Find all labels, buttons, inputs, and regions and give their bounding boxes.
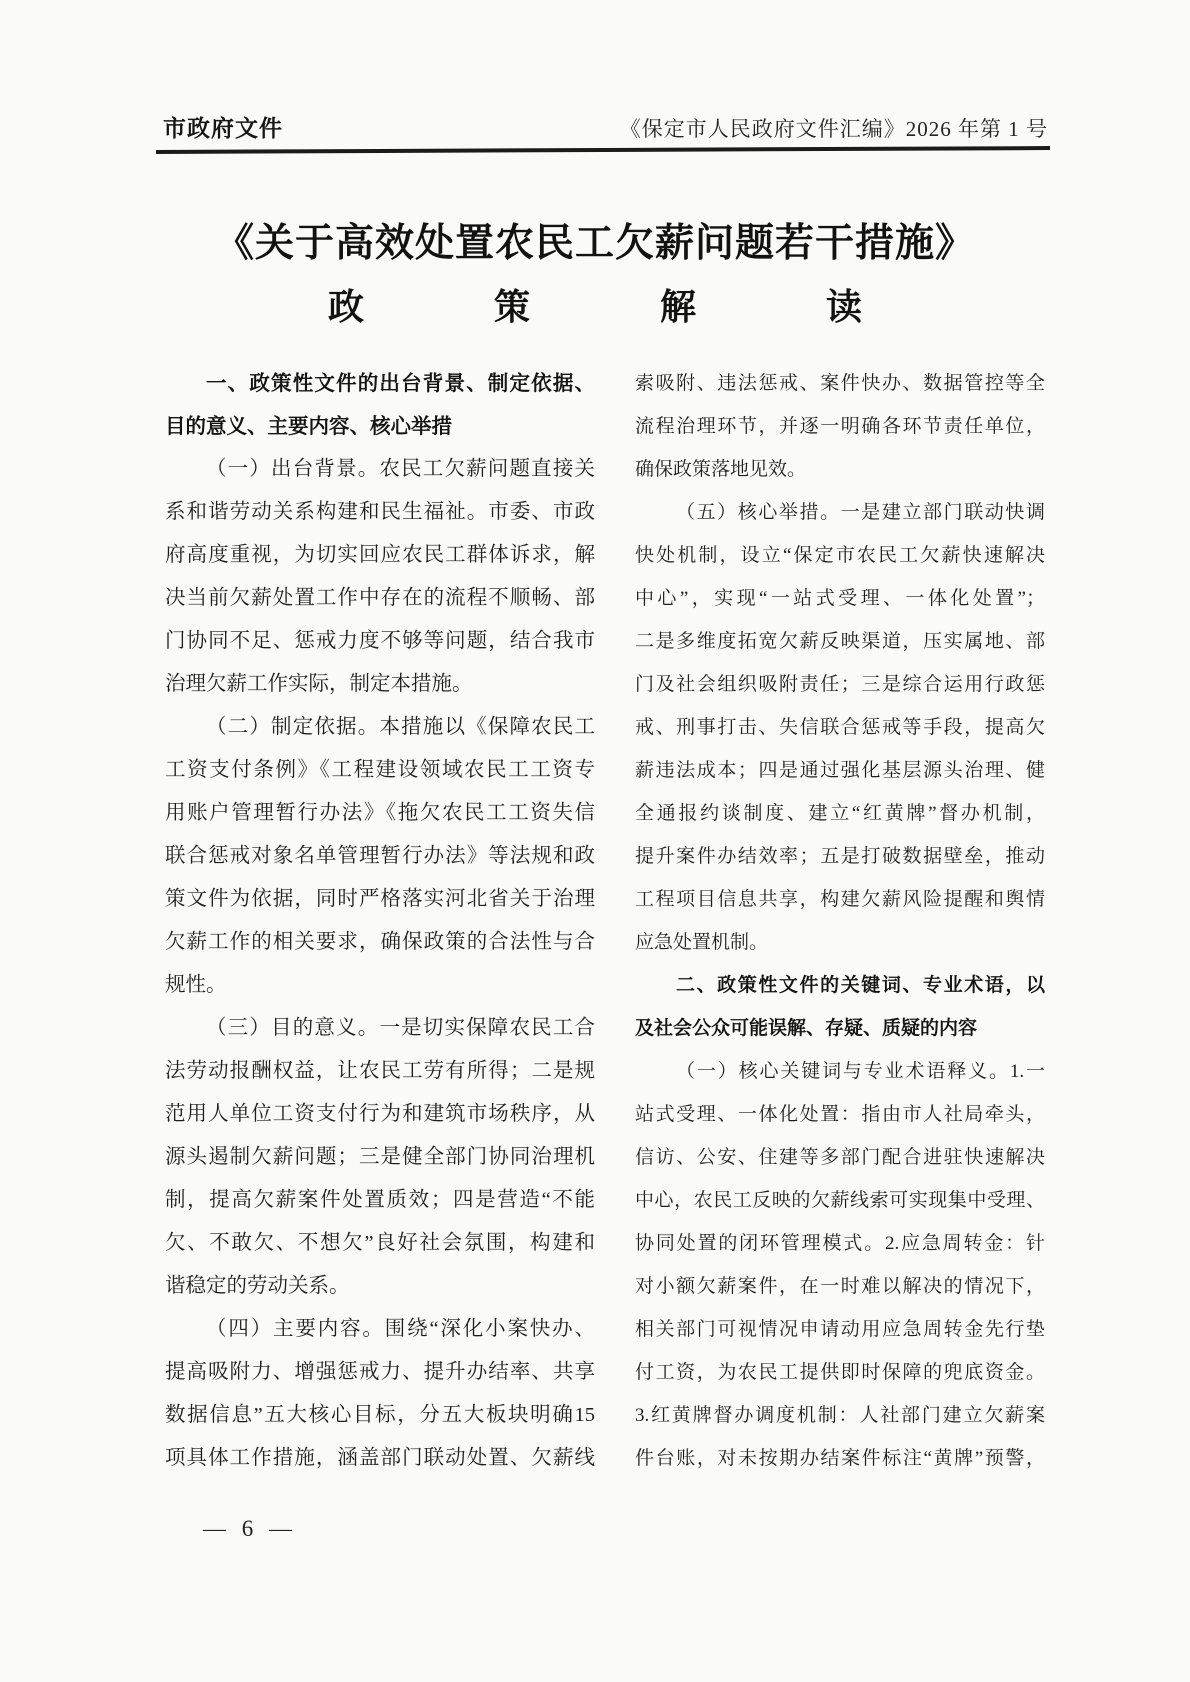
body-text-line: （一）出台背景。农民工欠薪问题直接关 (165, 448, 595, 491)
body-text-line: 件台账，对未按期办结案件标注“黄牌”预警， (635, 1437, 1045, 1480)
body-text-line: 范用人单位工资支付行为和建筑市场秩序，从 (165, 1093, 595, 1136)
document-page: 市政府文件 《保定市人民政府文件汇编》2026 年第 1 号 《关于高效处置农民… (0, 0, 1190, 1682)
column-left: 一、政策性文件的出台背景、制定依据、目的意义、主要内容、核心举措（一）出台背景。… (165, 362, 595, 1480)
body-text-line: 门协同不足、惩戒力度不够等问题，结合我市 (165, 620, 595, 663)
body-text-line: 法劳动报酬权益，让农民工劳有所得；二是规 (165, 1050, 595, 1093)
body-text-line: （五）核心举措。一是建立部门联动快调 (635, 491, 1045, 534)
body-text-line: 欠、不敢欠、不想欠”良好社会氛围，构建和 (165, 1222, 595, 1265)
body-text-line: 确保政策落地见效。 (635, 448, 1045, 491)
doc-title: 《关于高效处置农民工欠薪问题若干措施》 (0, 212, 1190, 268)
body-text-line: （四）主要内容。围绕“深化小案快办、 (165, 1308, 595, 1351)
body-text-line: 站式受理、一体化处置：指由市人社局牵头， (635, 1093, 1045, 1136)
body-text-line: 应急处置机制。 (635, 921, 1045, 964)
body-text-line: 治理欠薪工作实际，制定本措施。 (165, 663, 595, 706)
body-text-line: 制，提高欠薪案件处置质效；四是营造“不能 (165, 1179, 595, 1222)
section-heading-line: 目的意义、主要内容、核心举措 (165, 405, 595, 448)
body-text-line: 信访、公安、住建等多部门配合进驻快速解决 (635, 1136, 1045, 1179)
body-text-line: 薪违法成本；四是通过强化基层源头治理、健 (635, 749, 1045, 792)
body-text-line: 提高吸附力、增强惩戒力、提升办结率、共享 (165, 1351, 595, 1394)
body-columns: 一、政策性文件的出台背景、制定依据、目的意义、主要内容、核心举措（一）出台背景。… (165, 362, 1045, 1480)
body-text-line: 欠薪工作的相关要求，确保政策的合法性与合 (165, 921, 595, 964)
body-text-line: 决当前欠薪处置工作中存在的流程不顺畅、部 (165, 577, 595, 620)
body-text-line: 全通报约谈制度、建立“红黄牌”督办机制， (635, 792, 1045, 835)
body-text-line: 提升案件办结效率；五是打破数据壁垒，推动 (635, 835, 1045, 878)
body-text-line: 流程治理环节，并逐一明确各环节责任单位， (635, 405, 1045, 448)
body-text-line: 源头遏制欠薪问题；三是健全部门协同治理机 (165, 1136, 595, 1179)
body-text-line: 门及社会组织吸附责任；三是综合运用行政惩 (635, 663, 1045, 706)
header-doc-type-label: 市政府文件 (163, 110, 283, 143)
body-text-line: 中心，农民工反映的欠薪线索可实现集中受理、 (635, 1179, 1045, 1222)
body-text-line: 付工资，为农民工提供即时保障的兜底资金。 (635, 1351, 1045, 1394)
section-heading-line: 一、政策性文件的出台背景、制定依据、 (165, 362, 595, 405)
body-text-line: 谐稳定的劳动关系。 (165, 1265, 595, 1308)
body-text-line: （一）核心关键词与专业术语释义。1.一 (635, 1050, 1045, 1093)
body-text-line: 系和谐劳动关系构建和民生福祉。市委、市政 (165, 491, 595, 534)
body-text-line: 协同处置的闭环管理模式。2.应急周转金：针 (635, 1222, 1045, 1265)
body-text-line: 相关部门可视情况申请动用应急周转金先行垫 (635, 1308, 1045, 1351)
body-text-line: 二是多维度拓宽欠薪反映渠道，压实属地、部 (635, 620, 1045, 663)
body-text-line: 索吸附、违法惩戒、案件快办、数据管控等全 (635, 362, 1045, 405)
body-text-line: （二）制定依据。本措施以《保障农民工 (165, 706, 595, 749)
body-text-line: 工资支付条例》《工程建设领域农民工工资专 (165, 749, 595, 792)
body-text-line: 项具体工作措施，涵盖部门联动处置、欠薪线 (165, 1437, 595, 1480)
body-text-line: 3.红黄牌督办调度机制：人社部门建立欠薪案 (635, 1394, 1045, 1437)
body-text-line: （三）目的意义。一是切实保障农民工合 (165, 1007, 595, 1050)
body-text-line: 戒、刑事打击、失信联合惩戒等手段，提高欠 (635, 706, 1045, 749)
body-text-line: 策文件为依据，同时严格落实河北省关于治理 (165, 878, 595, 921)
body-text-line: 快处机制，设立“保定市农民工欠薪快速解决 (635, 534, 1045, 577)
body-text-line: 用账户管理暂行办法》《拖欠农民工工资失信 (165, 792, 595, 835)
body-text-line: 对小额欠薪案件，在一时难以解决的情况下， (635, 1265, 1045, 1308)
section-heading-line: 二、政策性文件的关键词、专业术语，以 (635, 964, 1045, 1007)
body-text-line: 规性。 (165, 964, 595, 1007)
page-header: 市政府文件 《保定市人民政府文件汇编》2026 年第 1 号 (163, 110, 1048, 143)
header-divider (156, 146, 1050, 154)
body-text-line: 中心”，实现“一站式受理、一体化处置”； (635, 577, 1045, 620)
body-text-line: 数据信息”五大核心目标，分五大板块明确15 (165, 1394, 595, 1437)
column-right: 索吸附、违法惩戒、案件快办、数据管控等全流程治理环节，并逐一明确各环节责任单位，… (635, 362, 1045, 1480)
body-text-line: 工程项目信息共享，构建欠薪风险提醒和舆情 (635, 878, 1045, 921)
doc-subtitle: 政策解读 (0, 279, 1190, 330)
body-text-line: 府高度重视，为切实回应农民工群体诉求，解 (165, 534, 595, 577)
body-text-line: 联合惩戒对象名单管理暂行办法》等法规和政 (165, 835, 595, 878)
section-heading-line: 及社会公众可能误解、存疑、质疑的内容 (635, 1007, 1045, 1050)
page-number: — 6 — (203, 1516, 297, 1542)
header-compilation-label: 《保定市人民政府文件汇编》2026 年第 1 号 (620, 113, 1048, 143)
